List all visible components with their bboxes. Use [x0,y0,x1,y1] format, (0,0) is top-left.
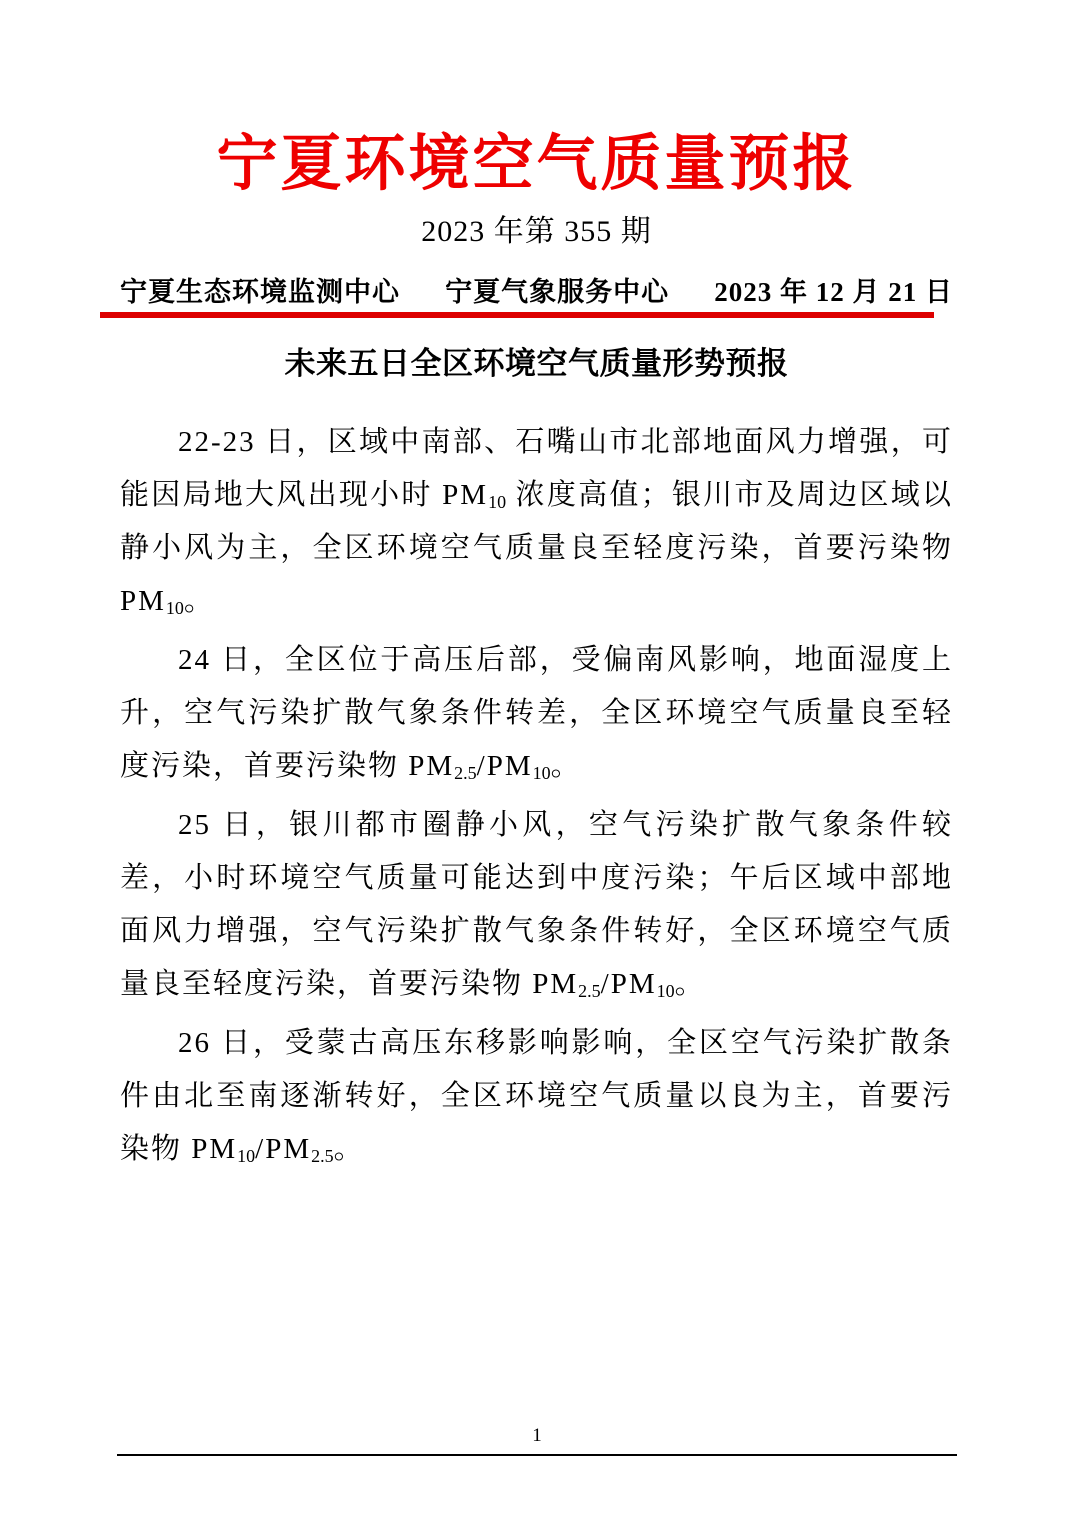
forecast-paragraph: 24 日，全区位于高压后部，受偏南风影响，地面湿度上升，空气污染扩散气象条件转差… [120,634,953,793]
org-monitoring-center: 宁夏生态环境监测中心 [120,276,400,309]
forecast-paragraph: 22-23 日，区域中南部、石嘴山市北部地面风力增强，可能因局地大风出现小时 P… [120,416,953,628]
footer-divider [117,1454,957,1456]
issue-number: 2023 年第 355 期 [120,215,953,249]
forecast-paragraph: 26 日，受蒙古高压东移影响影响，全区空气污染扩散条件由北至南逐渐转好，全区环境… [120,1017,953,1176]
header-row: 宁夏生态环境监测中心 宁夏气象服务中心 2023 年 12 月 21 日 [120,276,953,309]
red-divider [100,312,934,318]
document-title: 宁夏环境空气质量预报 [120,128,953,202]
issue-date: 2023 年 12 月 21 日 [714,276,953,309]
forecast-paragraphs: 22-23 日，区域中南部、石嘴山市北部地面风力增强，可能因局地大风出现小时 P… [120,416,953,1176]
section-title: 未来五日全区环境空气质量形势预报 [120,345,953,383]
document-page: 宁夏环境空气质量预报 2023 年第 355 期 宁夏生态环境监测中心 宁夏气象… [0,0,1074,1520]
forecast-paragraph: 25 日，银川都市圈静小风，空气污染扩散气象条件较差，小时环境空气质量可能达到中… [120,799,953,1011]
org-weather-service-center: 宁夏气象服务中心 [445,276,669,309]
page-number: 1 [0,1424,1074,1448]
